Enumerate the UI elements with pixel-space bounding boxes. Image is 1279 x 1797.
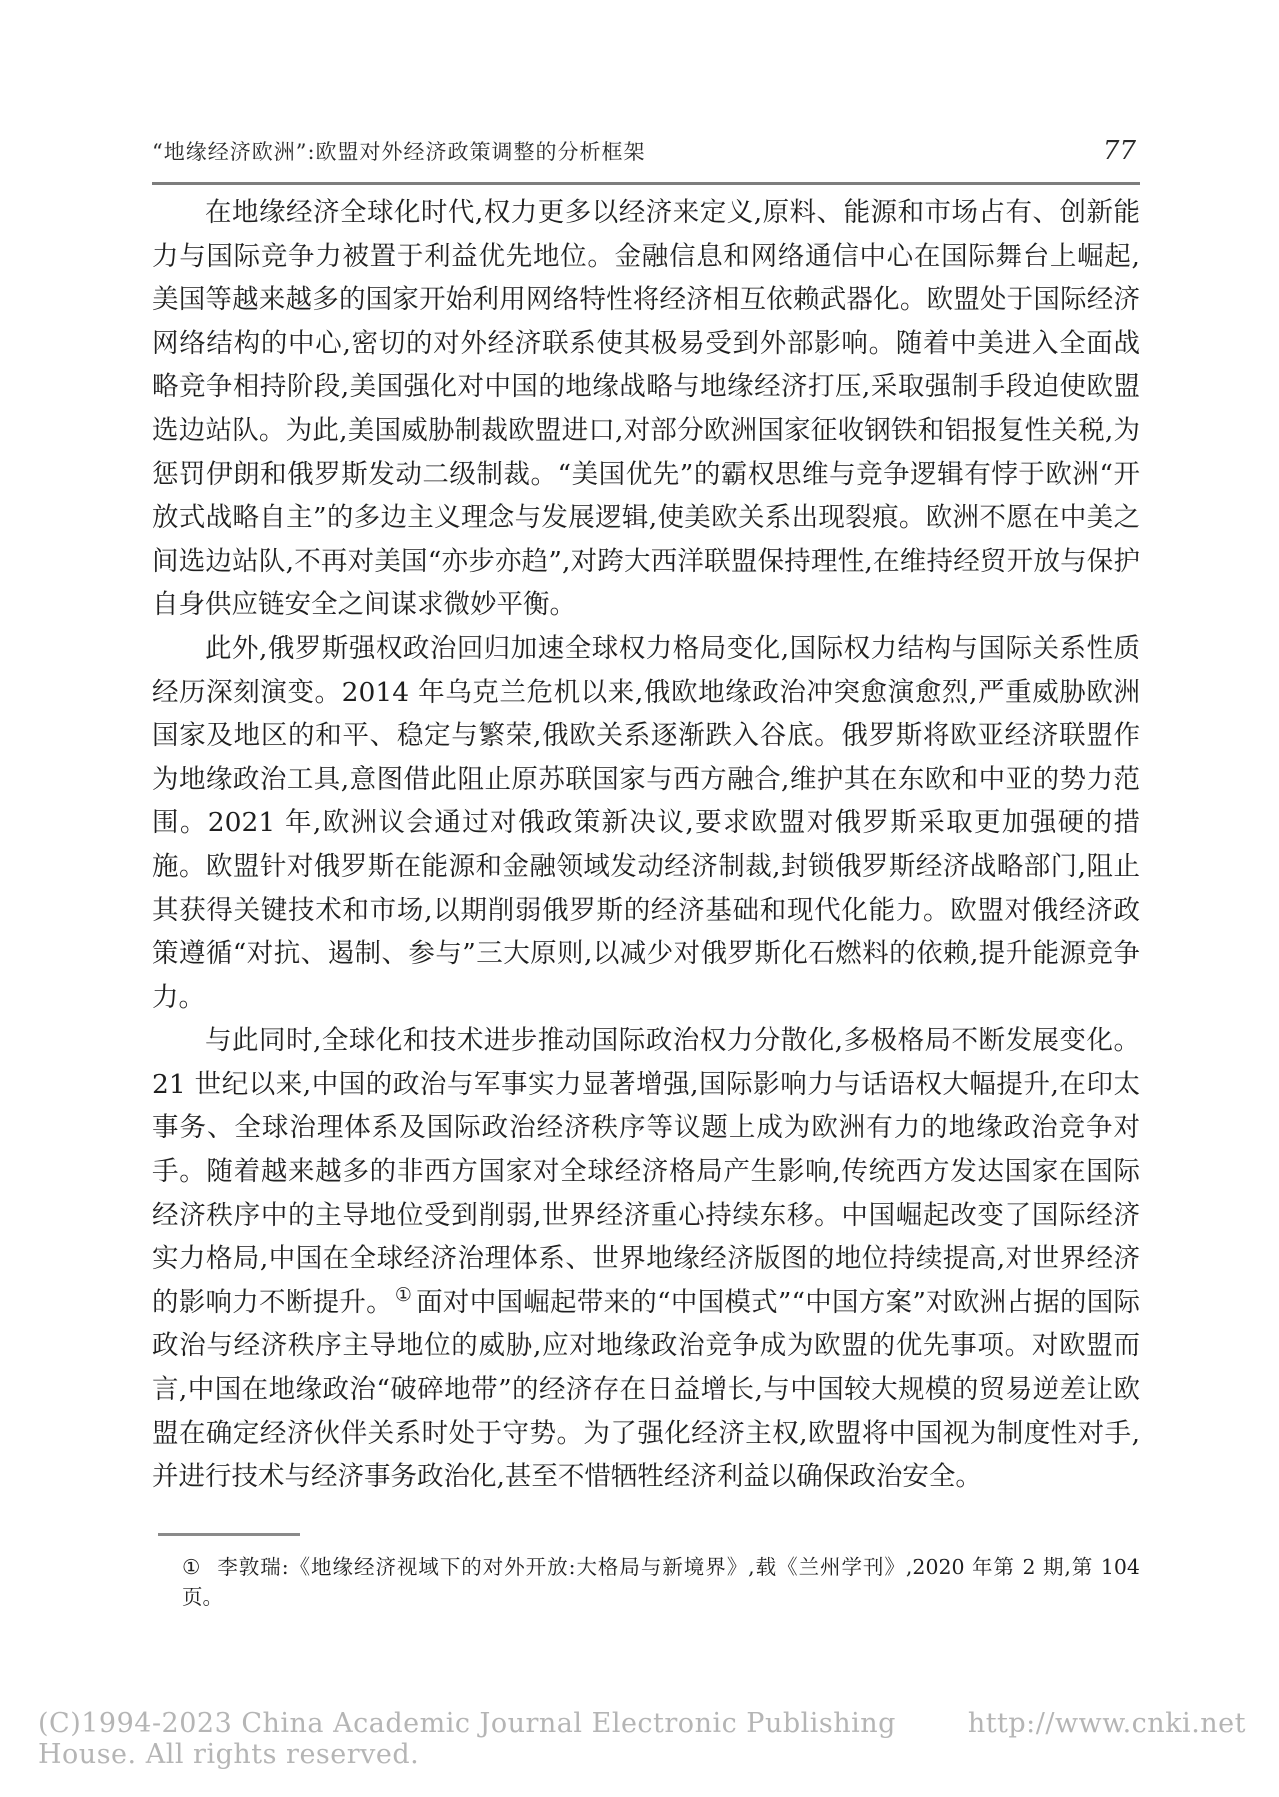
paragraph-2: 此外,俄罗斯强权政治回归加速全球权力格局变化,国际权力结构与国际关系性质经历深刻… [152, 627, 1140, 1019]
watermark-footer: (C)1994-2023 China Academic Journal Elec… [38, 1708, 1246, 1770]
footnote-marker: ① [182, 1555, 201, 1579]
paragraph-3: 与此同时,全球化和技术进步推动国际政治权力分散化,多极格局不断发展变化。21 世… [152, 1019, 1140, 1499]
footnote-text: 李敦瑞:《地缘经济视域下的对外开放:大格局与新境界》,载《兰州学刊》,2020 … [182, 1555, 1140, 1609]
cnki-url: http://www.cnki.net [968, 1708, 1246, 1739]
header-rule [152, 182, 1140, 185]
document-page: “地缘经济欧洲”:欧盟对外经济政策调整的分析框架 77 在地缘经济全球化时代,权… [0, 0, 1279, 1797]
footnote-reference-marker: ① [395, 1284, 412, 1306]
copyright-text: (C)1994-2023 China Academic Journal Elec… [38, 1708, 968, 1770]
paragraph-3-text-before-ref: 与此同时,全球化和技术进步推动国际政治权力分散化,多极格局不断发展变化。21 世… [152, 1025, 1140, 1318]
page-header: “地缘经济欧洲”:欧盟对外经济政策调整的分析框架 77 [152, 118, 1140, 166]
running-title: “地缘经济欧洲”:欧盟对外经济政策调整的分析框架 [152, 139, 646, 166]
page-number: 77 [1103, 136, 1140, 166]
article-body: 在地缘经济全球化时代,权力更多以经济来定义,原料、能源和市场占有、创新能力与国际… [152, 191, 1140, 1499]
footnote-divider [158, 1533, 300, 1536]
paragraph-1: 在地缘经济全球化时代,权力更多以经济来定义,原料、能源和市场占有、创新能力与国际… [152, 191, 1140, 627]
footnote: ①李敦瑞:《地缘经济视域下的对外开放:大格局与新境界》,载《兰州学刊》,2020… [152, 1552, 1140, 1612]
